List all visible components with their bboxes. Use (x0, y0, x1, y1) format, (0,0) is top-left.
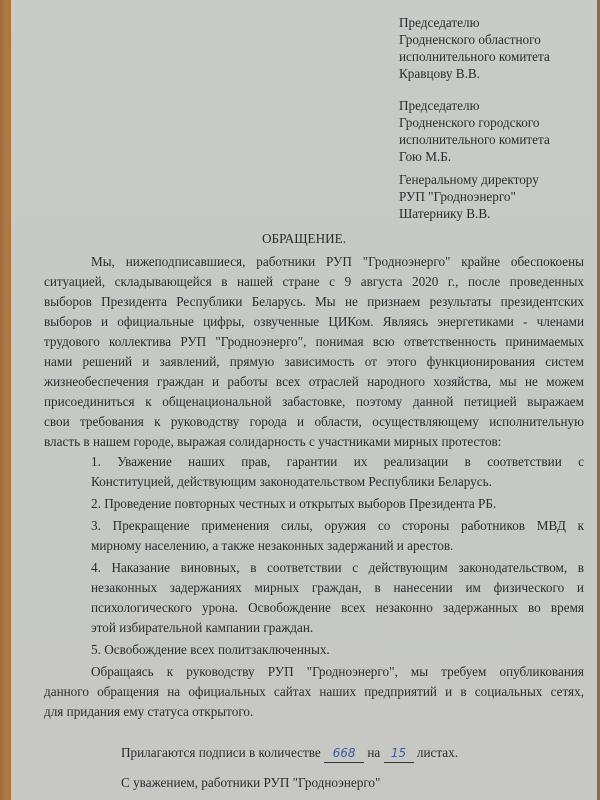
demand-line: 1. Уважение наших прав, гарантии их реал… (91, 452, 584, 472)
signature-count-handwritten: 668 (324, 744, 364, 763)
paragraph-line: Мы, нижеподписавшиеся, работники РУП "Гр… (91, 252, 584, 272)
signatures-prefix: Прилагаются подписи в количестве (121, 745, 321, 760)
demand-line: 4. Наказание виновных, в соответствии с … (91, 558, 584, 578)
paragraph-line: присоединиться к общенациональной забаст… (44, 392, 584, 412)
paragraph-line: ситуацией, складывающейся в нашей стране… (44, 272, 584, 292)
document-title: ОБРАЩЕНИЕ. (11, 230, 597, 248)
paragraph-line: власть в нашем городе, выражая солидарно… (44, 432, 584, 452)
addressee-line: Гродненского областного (399, 31, 541, 49)
demand-line: Конституцией, действующим законодательст… (91, 472, 584, 492)
demand-line: психологического урона. Освобождение все… (91, 598, 584, 618)
addressee-line: исполнительного комитета (399, 131, 550, 149)
document-page: Председателю Гродненского областного исп… (11, 0, 597, 800)
signatures-suffix: листах. (417, 745, 458, 760)
signatures-middle: на (367, 745, 380, 760)
demand-line: 2. Проведение повторных честных и открыт… (91, 494, 584, 514)
paragraph-line: Обращаясь к руководству РУП "Гродноэнерг… (91, 662, 584, 682)
demand-line: этой избирательной кампании граждан. (91, 618, 584, 638)
paragraph-line: для придания ему статуса открытого. (44, 702, 584, 722)
addressee-line: Председателю (399, 14, 479, 32)
paragraph-line: выборов и официальные цифры, озвученные … (44, 312, 584, 332)
addressee-line: Кравцову В.В. (399, 65, 480, 83)
regards-line: С уважением, работники РУП "Гродноэнерго… (121, 774, 380, 792)
demand-line: мирному населению, а также незаконных за… (91, 536, 584, 556)
demand-line: 5. Освобождение всех политзаключенных. (91, 640, 584, 660)
addressee-line: Гродненского городского (399, 114, 539, 132)
addressee-line: Шатернику В.В. (399, 205, 490, 223)
addressee-line: Гою М.Б. (399, 148, 451, 166)
wooden-table-edge-left (0, 0, 11, 800)
paragraph-line: свои требования к руководству города и о… (44, 412, 584, 432)
signatures-line: Прилагаются подписи в количестве 668 на … (121, 744, 458, 763)
paragraph-line: нами решений и заявлений, прямую зависим… (44, 352, 584, 372)
paragraph-line: данного обращения на официальных сайтах … (44, 682, 584, 702)
paragraph-line: жизнеобеспечения граждан и работы всех о… (44, 372, 584, 392)
addressee-line: РУП "Гродноэнерго" (399, 188, 516, 206)
addressee-line: Генеральному директору (399, 171, 539, 189)
demand-line: 3. Прекращение применения силы, оружия с… (91, 516, 584, 536)
paragraph-line: выборов Президента Республики Беларусь. … (44, 292, 584, 312)
paragraph-line: трудового коллектива РУП "Гродноэнерго",… (44, 332, 584, 352)
addressee-line: исполнительного комитета (399, 48, 550, 66)
sheet-count-handwritten: 15 (384, 744, 414, 763)
demand-line: незаконных задержаниях мирных граждан, в… (91, 578, 584, 598)
addressee-line: Председателю (399, 97, 479, 115)
